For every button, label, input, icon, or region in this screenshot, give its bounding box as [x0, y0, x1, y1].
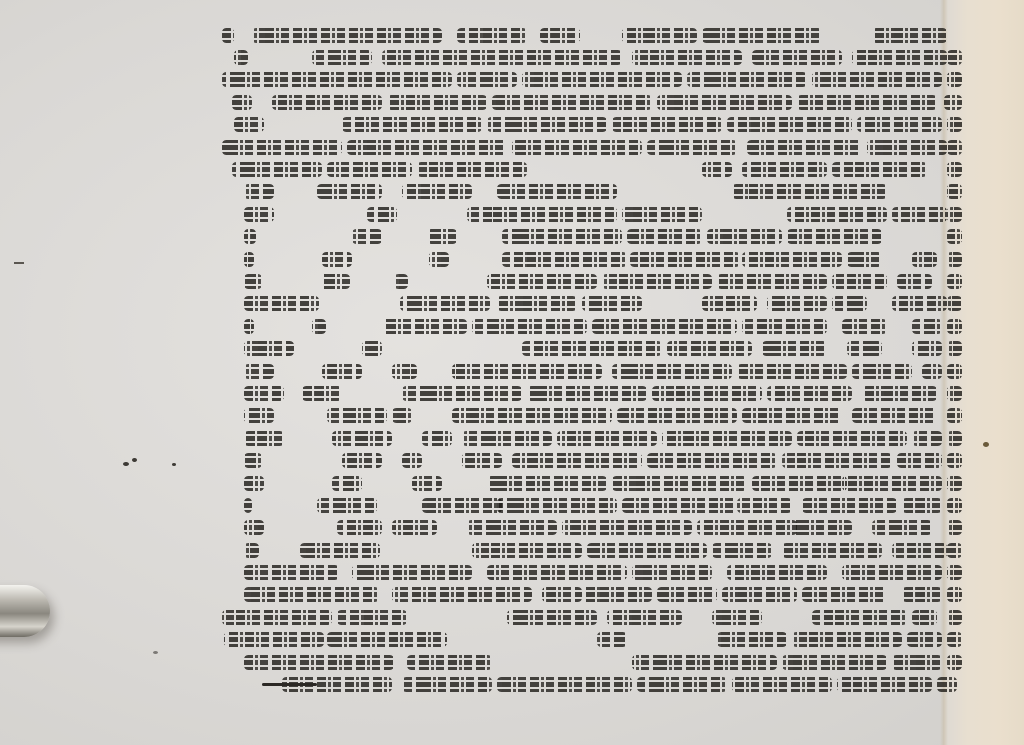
script-glyph-run	[912, 610, 937, 625]
manuscript-line	[222, 382, 952, 404]
script-glyph-run	[607, 610, 682, 625]
script-glyph-run	[522, 341, 662, 356]
script-glyph-run	[697, 520, 797, 535]
script-glyph-run	[540, 28, 580, 43]
script-glyph-run	[947, 632, 962, 647]
script-glyph-run	[947, 72, 962, 87]
script-glyph-run	[367, 207, 397, 222]
script-glyph-run	[394, 274, 408, 289]
script-glyph-run	[947, 565, 962, 580]
script-glyph-run	[912, 431, 942, 446]
script-glyph-run	[457, 28, 527, 43]
script-glyph-run	[312, 319, 326, 334]
script-glyph-run	[737, 498, 792, 513]
ink-speck	[172, 463, 176, 466]
script-glyph-run	[812, 72, 942, 87]
manuscript-line	[222, 315, 952, 337]
script-glyph-run	[244, 587, 379, 602]
script-glyph-run	[752, 50, 842, 65]
script-glyph-run	[332, 431, 392, 446]
script-glyph-run	[382, 319, 467, 334]
script-glyph-run	[787, 229, 882, 244]
manuscript-page	[0, 0, 1024, 745]
script-glyph-run	[892, 655, 942, 670]
script-glyph-run	[872, 520, 932, 535]
script-glyph-run	[317, 184, 382, 199]
script-glyph-run	[272, 95, 382, 110]
script-glyph-run	[487, 274, 597, 289]
script-glyph-run	[897, 274, 932, 289]
script-glyph-run	[452, 408, 612, 423]
script-glyph-run	[667, 341, 752, 356]
script-glyph-run	[462, 431, 552, 446]
script-glyph-run	[947, 364, 962, 379]
script-glyph-run	[244, 453, 262, 468]
script-glyph-run	[947, 140, 962, 155]
script-glyph-run	[302, 386, 342, 401]
script-glyph-run	[422, 431, 452, 446]
script-glyph-run	[752, 476, 847, 491]
script-glyph-run	[352, 565, 472, 580]
manuscript-text-block	[222, 24, 952, 696]
script-glyph-run	[937, 677, 957, 692]
script-glyph-run	[657, 587, 717, 602]
script-glyph-run	[320, 274, 350, 289]
script-glyph-run	[727, 117, 852, 132]
script-glyph-run	[892, 296, 947, 311]
manuscript-line	[222, 651, 952, 673]
script-glyph-run	[527, 386, 647, 401]
script-glyph-run	[922, 364, 942, 379]
script-glyph-run	[597, 632, 627, 647]
script-glyph-run	[337, 520, 382, 535]
script-glyph-run	[507, 610, 597, 625]
script-glyph-run	[947, 408, 962, 423]
paper-blemish	[983, 442, 989, 447]
margin-mark	[14, 262, 24, 264]
script-glyph-run	[687, 72, 807, 87]
script-glyph-run	[244, 386, 284, 401]
script-glyph-run	[612, 364, 732, 379]
script-glyph-run	[832, 296, 867, 311]
script-glyph-run	[234, 117, 264, 132]
script-glyph-run	[742, 319, 827, 334]
script-glyph-run	[244, 207, 274, 222]
script-glyph-run	[857, 117, 942, 132]
script-glyph-run	[947, 520, 962, 535]
script-glyph-run	[467, 520, 557, 535]
script-glyph-run	[252, 28, 442, 43]
script-glyph-run	[232, 162, 322, 177]
script-glyph-run	[912, 252, 937, 267]
script-glyph-run	[792, 520, 852, 535]
script-glyph-run	[652, 386, 762, 401]
manuscript-line	[222, 158, 952, 180]
script-glyph-run	[427, 229, 457, 244]
script-glyph-run	[737, 364, 847, 379]
script-glyph-run	[947, 274, 962, 289]
script-glyph-run	[707, 229, 782, 244]
ink-speck	[132, 458, 137, 462]
script-glyph-run	[892, 543, 947, 558]
script-glyph-run	[947, 476, 962, 491]
script-glyph-run	[947, 252, 962, 267]
script-glyph-run	[387, 95, 487, 110]
script-glyph-run	[702, 28, 822, 43]
script-glyph-run	[392, 520, 437, 535]
script-glyph-run	[244, 476, 264, 491]
script-glyph-run	[947, 453, 962, 468]
script-glyph-run	[767, 296, 827, 311]
script-glyph-run	[322, 364, 362, 379]
script-glyph-run	[912, 319, 942, 334]
script-glyph-run	[392, 587, 532, 602]
script-glyph-run	[332, 476, 362, 491]
script-glyph-run	[782, 453, 892, 468]
script-glyph-run	[244, 296, 319, 311]
script-glyph-run	[244, 431, 284, 446]
script-glyph-run	[632, 655, 777, 670]
script-glyph-run	[944, 95, 962, 110]
script-glyph-run	[244, 655, 394, 670]
manuscript-line	[222, 360, 952, 382]
script-glyph-run	[902, 587, 942, 602]
script-glyph-run	[852, 408, 937, 423]
script-glyph-run	[347, 140, 507, 155]
script-glyph-run	[592, 319, 737, 334]
script-glyph-run	[402, 453, 422, 468]
manuscript-line	[222, 584, 952, 606]
script-glyph-run	[462, 453, 502, 468]
script-glyph-run	[222, 140, 342, 155]
script-glyph-run	[557, 431, 657, 446]
ink-speck	[153, 651, 158, 654]
script-glyph-run	[662, 431, 792, 446]
script-glyph-run	[327, 162, 412, 177]
script-glyph-run	[947, 341, 962, 356]
script-glyph-run	[244, 520, 264, 535]
script-glyph-run	[497, 677, 632, 692]
script-glyph-run	[747, 140, 862, 155]
script-glyph-run	[582, 296, 642, 311]
script-glyph-run	[832, 274, 887, 289]
script-glyph-run	[847, 252, 882, 267]
script-glyph-run	[327, 408, 387, 423]
script-glyph-run	[244, 364, 274, 379]
manuscript-line	[222, 539, 952, 561]
script-glyph-run	[492, 95, 652, 110]
script-glyph-run	[862, 386, 937, 401]
script-glyph-run	[622, 28, 697, 43]
script-glyph-run	[947, 296, 962, 311]
script-glyph-run	[522, 72, 682, 87]
script-glyph-run	[947, 184, 962, 199]
script-glyph-run	[382, 50, 622, 65]
manuscript-line	[222, 46, 952, 68]
script-glyph-run	[562, 520, 692, 535]
script-glyph-run	[417, 162, 527, 177]
script-glyph-run	[602, 274, 712, 289]
script-glyph-run	[429, 252, 449, 267]
script-glyph-run	[717, 274, 827, 289]
manuscript-line	[222, 24, 952, 46]
script-glyph-run	[232, 95, 252, 110]
script-glyph-run	[947, 655, 962, 670]
manuscript-line	[222, 517, 952, 539]
manuscript-line	[222, 561, 952, 583]
script-glyph-run	[847, 341, 882, 356]
script-glyph-run	[402, 386, 522, 401]
manuscript-line	[222, 226, 952, 248]
manuscript-line	[222, 114, 952, 136]
script-glyph-run	[902, 498, 942, 513]
script-glyph-run	[400, 296, 490, 311]
script-glyph-run	[337, 610, 407, 625]
manuscript-line	[222, 69, 952, 91]
script-glyph-run	[947, 610, 962, 625]
script-glyph-run	[244, 184, 274, 199]
script-glyph-run	[582, 587, 652, 602]
script-glyph-run	[244, 274, 262, 289]
script-glyph-run	[797, 431, 907, 446]
script-glyph-run	[842, 476, 942, 491]
script-glyph-run	[422, 498, 502, 513]
script-glyph-run	[327, 632, 447, 647]
script-glyph-run	[472, 543, 582, 558]
script-glyph-run	[727, 565, 827, 580]
script-glyph-run	[244, 498, 252, 513]
script-glyph-run	[632, 50, 742, 65]
script-glyph-run	[632, 565, 712, 580]
script-glyph-run	[702, 162, 732, 177]
script-glyph-run	[542, 587, 582, 602]
script-glyph-run	[947, 229, 962, 244]
script-glyph-run	[222, 610, 332, 625]
script-glyph-run	[767, 386, 852, 401]
script-glyph-run	[244, 565, 339, 580]
script-glyph-run	[782, 655, 887, 670]
manuscript-line	[222, 494, 952, 516]
script-glyph-run	[897, 453, 942, 468]
script-glyph-run	[797, 95, 937, 110]
script-glyph-run	[587, 543, 707, 558]
script-glyph-run	[402, 184, 472, 199]
manuscript-line	[222, 629, 952, 651]
script-glyph-run	[947, 50, 962, 65]
metal-page-clip	[0, 585, 50, 637]
script-glyph-run	[392, 364, 417, 379]
script-glyph-run	[317, 498, 377, 513]
manuscript-line	[222, 181, 952, 203]
script-glyph-run	[842, 565, 942, 580]
script-glyph-run	[867, 140, 947, 155]
script-glyph-run	[402, 677, 492, 692]
script-glyph-run	[300, 543, 380, 558]
script-glyph-run	[512, 453, 642, 468]
script-glyph-run	[742, 408, 842, 423]
script-glyph-run	[812, 610, 907, 625]
script-glyph-run	[502, 252, 627, 267]
script-glyph-run	[852, 50, 947, 65]
manuscript-line	[222, 337, 952, 359]
manuscript-line	[222, 270, 952, 292]
script-glyph-run	[497, 498, 617, 513]
script-glyph-run	[497, 184, 617, 199]
manuscript-line	[222, 606, 952, 628]
script-glyph-run	[732, 677, 832, 692]
script-glyph-run	[342, 117, 482, 132]
script-glyph-run	[742, 162, 827, 177]
manuscript-line	[222, 427, 952, 449]
script-glyph-run	[947, 386, 962, 401]
script-glyph-run	[947, 498, 962, 513]
script-glyph-run	[512, 140, 642, 155]
script-glyph-run	[742, 252, 842, 267]
script-glyph-run	[392, 408, 412, 423]
script-glyph-run	[647, 140, 737, 155]
script-glyph-run	[234, 50, 248, 65]
script-glyph-run	[732, 184, 887, 199]
script-glyph-run	[502, 229, 622, 244]
script-glyph-run	[244, 252, 254, 267]
script-glyph-run	[612, 476, 747, 491]
manuscript-line	[222, 91, 952, 113]
script-glyph-run	[487, 117, 607, 132]
script-glyph-run	[912, 341, 942, 356]
script-glyph-run	[787, 207, 887, 222]
script-glyph-run	[722, 587, 797, 602]
script-glyph-run	[412, 476, 442, 491]
script-glyph-run	[622, 498, 737, 513]
script-glyph-run	[244, 543, 259, 558]
script-glyph-run	[472, 319, 587, 334]
script-glyph-run	[832, 162, 927, 177]
script-glyph-run	[802, 587, 887, 602]
script-glyph-run	[244, 341, 294, 356]
script-glyph-run	[322, 252, 352, 267]
script-glyph-run	[892, 207, 947, 222]
script-glyph-run	[657, 95, 792, 110]
script-glyph-run	[627, 229, 702, 244]
script-glyph-run	[852, 364, 912, 379]
script-glyph-run	[947, 543, 962, 558]
script-glyph-run	[712, 610, 762, 625]
manuscript-line	[222, 248, 952, 270]
script-glyph-run	[947, 587, 962, 602]
script-glyph-run	[802, 498, 897, 513]
script-glyph-run	[947, 207, 962, 222]
script-glyph-run	[947, 162, 962, 177]
script-glyph-run	[457, 72, 517, 87]
manuscript-line	[222, 449, 952, 471]
script-glyph-run	[947, 319, 962, 334]
script-glyph-run	[224, 632, 324, 647]
script-glyph-run	[244, 319, 254, 334]
script-glyph-run	[487, 476, 607, 491]
script-glyph-run	[712, 543, 772, 558]
script-glyph-run	[487, 565, 627, 580]
script-glyph-run	[617, 408, 737, 423]
script-glyph-run	[647, 453, 777, 468]
script-glyph-run	[452, 364, 602, 379]
closing-dash	[262, 683, 317, 686]
script-glyph-run	[947, 117, 962, 132]
script-glyph-run	[872, 28, 947, 43]
manuscript-line	[222, 405, 952, 427]
script-glyph-run	[907, 632, 942, 647]
script-glyph-run	[312, 50, 372, 65]
script-glyph-run	[837, 677, 932, 692]
manuscript-line	[222, 136, 952, 158]
script-glyph-run	[467, 207, 617, 222]
script-glyph-run	[342, 453, 382, 468]
script-glyph-run	[244, 229, 256, 244]
manuscript-line	[222, 673, 952, 695]
ink-speck	[123, 462, 129, 466]
script-glyph-run	[762, 341, 827, 356]
script-glyph-run	[630, 252, 740, 267]
script-glyph-run	[792, 632, 902, 647]
script-glyph-run	[222, 72, 452, 87]
script-glyph-run	[352, 229, 382, 244]
manuscript-line	[222, 293, 952, 315]
script-glyph-run	[947, 431, 962, 446]
script-glyph-run	[717, 632, 787, 647]
script-glyph-run	[497, 296, 577, 311]
script-glyph-run	[842, 319, 887, 334]
script-glyph-run	[612, 117, 722, 132]
manuscript-line	[222, 472, 952, 494]
script-glyph-run	[222, 28, 234, 43]
script-glyph-run	[244, 408, 274, 423]
script-glyph-run	[637, 677, 727, 692]
script-glyph-run	[622, 207, 702, 222]
script-glyph-run	[407, 655, 492, 670]
manuscript-line	[222, 203, 952, 225]
script-glyph-run	[782, 543, 882, 558]
script-glyph-run	[362, 341, 382, 356]
script-glyph-run	[702, 296, 757, 311]
